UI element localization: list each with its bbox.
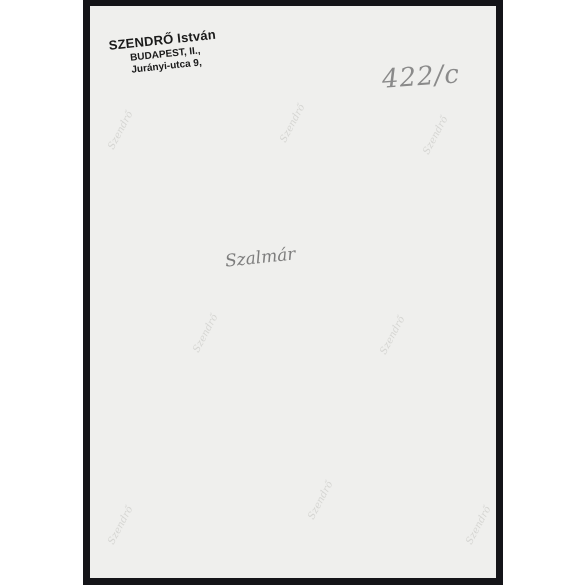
photo-back <box>90 6 496 578</box>
handwritten-number: 422/c <box>381 59 461 94</box>
